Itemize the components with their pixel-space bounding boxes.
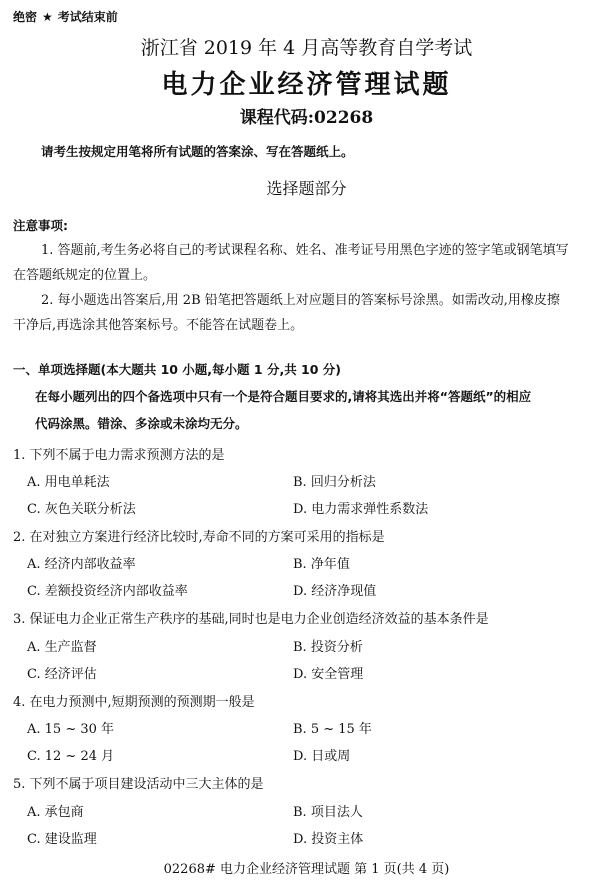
question-4-option-d: D. 日或周 (293, 745, 350, 764)
question-5-option-a: A. 承包商 (27, 801, 84, 820)
question-3-option-b: B. 投资分析 (293, 636, 363, 655)
confidential-label: 绝密★考试结束前 (13, 8, 118, 25)
note-1-line-1: 1. 答题前,考生务必将自己的考试课程名称、姓名、准考证号用黑色字迹的签字笔或钢… (41, 239, 569, 258)
question-4-option-c: C. 12 ~ 24 月 (27, 745, 114, 764)
section-title: 选择题部分 (0, 176, 613, 199)
answer-instruction: 请考生按规定用笔将所有试题的答案涂、写在答题纸上。 (41, 142, 354, 160)
question-4-stem: 4. 在电力预测中,短期预测的预测期一般是 (13, 691, 255, 710)
question-1-stem: 1. 下列不属于电力需求预测方法的是 (13, 444, 225, 463)
question-4-option-a: A. 15 ~ 30 年 (27, 718, 114, 737)
exam-name: 浙江省 2019 年 4 月高等教育自学考试 (0, 33, 613, 60)
question-3-option-d: D. 安全管理 (293, 663, 363, 682)
question-3-stem: 3. 保证电力企业正常生产秩序的基础,同时也是电力企业创造经济效益的基本条件是 (13, 608, 489, 627)
paper-title: 电力企业经济管理试题 (0, 64, 613, 101)
note-2-line-2: 干净后,再选涂其他答案标号。不能答在试题卷上。 (13, 314, 303, 333)
question-4-option-b: B. 5 ~ 15 年 (293, 718, 372, 737)
confidential-left-text: 绝密 (13, 10, 37, 24)
question-1-option-b: B. 回归分析法 (293, 471, 376, 490)
question-1-option-d: D. 电力需求弹性系数法 (293, 498, 428, 517)
question-3-option-c: C. 经济评估 (27, 663, 97, 682)
question-2-stem: 2. 在对独立方案进行经济比较时,寿命不同的方案可采用的指标是 (13, 526, 385, 545)
star-icon: ★ (42, 10, 53, 24)
course-code: 课程代码:02268 (0, 103, 613, 128)
question-1-option-c: C. 灰色关联分析法 (27, 498, 136, 517)
confidential-right-text: 考试结束前 (58, 10, 118, 24)
question-2-option-c: C. 差额投资经济内部收益率 (27, 580, 188, 599)
question-5-option-c: C. 建设监理 (27, 828, 97, 847)
question-2-option-b: B. 净年值 (293, 553, 350, 572)
question-2-option-d: D. 经济净现值 (293, 580, 376, 599)
note-1-line-2: 在答题纸规定的位置上。 (13, 264, 156, 283)
question-1-option-a: A. 用电单耗法 (27, 471, 110, 490)
page-footer: 02268# 电力企业经济管理试题 第 1 页(共 4 页) (0, 858, 613, 877)
question-5-option-d: D. 投资主体 (293, 828, 363, 847)
note-2-line-1: 2. 每小题选出答案后,用 2B 铅笔把答题纸上对应题目的答案标号涂黑。如需改动… (41, 289, 560, 308)
part-1-title: 一、单项选择题(本大题共 10 小题,每小题 1 分,共 10 分) (13, 360, 341, 378)
notes-title: 注意事项: (13, 216, 68, 234)
part-1-description-line-1: 在每小题列出的四个备选项中只有一个是符合题目要求的,请将其选出并将“答题纸”的相… (35, 387, 531, 405)
question-5-stem: 5. 下列不属于项目建设活动中三大主体的是 (13, 773, 264, 792)
question-5-option-b: B. 项目法人 (293, 801, 363, 820)
question-2-option-a: A. 经济内部收益率 (27, 553, 136, 572)
question-3-option-a: A. 生产监督 (27, 636, 97, 655)
part-1-description-line-2: 代码涂黑。错涂、多涂或未涂均无分。 (35, 414, 248, 432)
